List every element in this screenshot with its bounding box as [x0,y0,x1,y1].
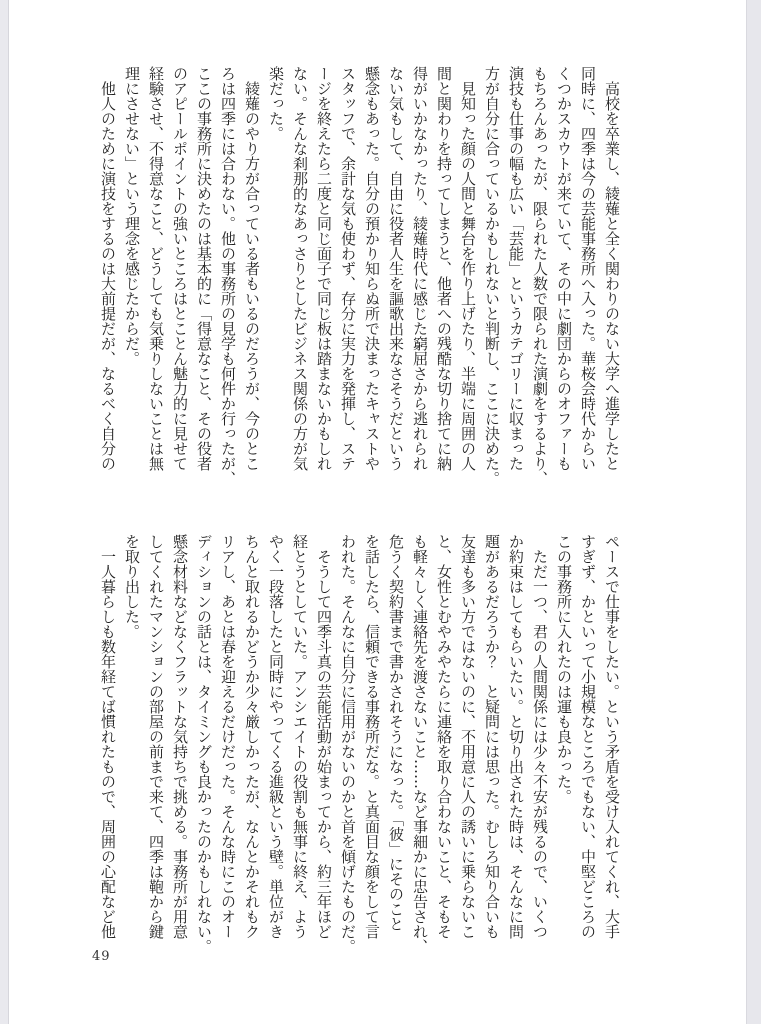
text-line: 懸念材料などなくフラットな気持ちで挑める。事務所が用意 [168,534,192,946]
text-line: 経験させ、不得意なこと、どうしても気乗りしないことは無 [144,66,168,478]
text-line: 理にさせない」という理念を感じたからだ。 [120,66,144,478]
text-line: すぎず、かといって小規模なところでもない、中堅どころの [576,534,600,946]
text-line: 方が自分に合っているかもしれないと判断し、ここに決めた。 [480,66,504,478]
page-edge-left [0,0,9,1024]
text-line: と、女性とむやみやたらに連絡を取り合わないこと、そもそ [432,534,456,946]
text-line: ここの事務所に決めたのは基本的に「得意なこと、その役者 [192,66,216,478]
text-line: ちんと取れるかどうか少々厳しかったが、なんとかそれもク [240,534,264,946]
text-line: も軽々しく連絡先を渡さないこと……など事細かに忠告され、 [408,534,432,946]
text-line: やく一段落したと同時にやってくる進級という壁。単位がき [264,534,288,946]
text-line: ない。そんな刹那的なあっさりとしたビジネス関係の方が気 [288,66,312,478]
text-line: 一人暮らしも数年経てば慣れたもので、周囲の心配など他 [96,534,120,946]
text-line: 懸念もあった。自分の預かり知らぬ所で決まったキャストや [360,66,384,478]
text-line: 楽だった。 [264,66,288,478]
text-line: ただ一つ、君の人間関係には少々不安が残るので、いくつ [528,534,552,946]
text-block-upper: 高校を卒業し、綾薙と全く関わりのない大学へ進学したと同時に、四季は今の芸能事務所… [96,66,624,478]
text-line: 間と関わりを持ってしまうと、他者への残酷な切り捨てに納 [432,66,456,478]
page-edge-right [746,0,761,1024]
page-number: 49 [92,949,111,964]
text-line: ろは四季には合わない。他の事務所の見学も何件か行ったが、 [216,66,240,478]
text-line: 得がいかなかったり、綾薙時代に感じた窮屈さから逃れられ [408,66,432,478]
text-line: ディションの話とは、タイミングも良かったのかもしれない。 [192,534,216,946]
text-line: くつかスカウトが来ていて、その中に劇団からのオファーも [552,66,576,478]
text-line: を取り出した。 [120,534,144,946]
text-line: 友達も多い方ではないのに、不用意に人の誘いに乗らないこ [456,534,480,946]
text-block-lower: ペースで仕事をしたい。という矛盾を受け入れてくれ、大手すぎず、かといって小規模な… [96,534,624,946]
text-line: 綾薙のやり方が合っている者もいるのだろうが、今のとこ [240,66,264,478]
text-line: 高校を卒業し、綾薙と全く関わりのない大学へ進学したと [600,66,624,478]
text-line: のアピールポイントの強いところはとことん魅力的に見せて [168,66,192,478]
text-line: この事務所に入れたのは運も良かった。 [552,534,576,946]
text-line: 同時に、四季は今の芸能事務所へ入った。華桜会時代からい [576,66,600,478]
text-line: ない気もして、自由に役者人生を謳歌出来なさそうだという [384,66,408,478]
text-line: ージを終えたら二度と同じ面子で同じ板は踏まないかもしれ [312,66,336,478]
text-line: を話したら、信頼できる事務所だな。と真面目な顔をして言 [360,534,384,946]
text-line: 演技も仕事の幅も広い「芸能」というカテゴリーに収まった [504,66,528,478]
text-line: そうして四季斗真の芸能活動が始まってから、約三年ほど [312,534,336,946]
text-line: もちろんあったが、限られた人数で限られた演劇をするより、 [528,66,552,478]
text-line: われた。そんなに自分に信用がないのかと首を傾げたものだ。 [336,534,360,946]
text-line: 経とうとしていた。アンシエイトの役割も無事に終え、よう [288,534,312,946]
text-line: リアし、あとは春を迎えるだけだった。そんな時にこのオー [216,534,240,946]
text-line: ペースで仕事をしたい。という矛盾を受け入れてくれ、大手 [600,534,624,946]
text-line: してくれたマンションの部屋の前まで来て、四季は鞄から鍵 [144,534,168,946]
text-line: か約束はしてもらいたい。と切り出された時は、そんなに問 [504,534,528,946]
text-line: 見知った顔の人間と舞台を作り上げたり、半端に周囲の人 [456,66,480,478]
text-line: 危うく契約書まで書かされそうになった。「彼」にそのこと [384,534,408,946]
text-line: 他人のために演技をするのは大前提だが、なるべく自分の [96,66,120,478]
text-line: スタッフで、余計な気も使わず、存分に実力を発揮し、ステ [336,66,360,478]
text-line: 題があるだろうか？ と疑問には思った。むしろ知り合いも [480,534,504,946]
